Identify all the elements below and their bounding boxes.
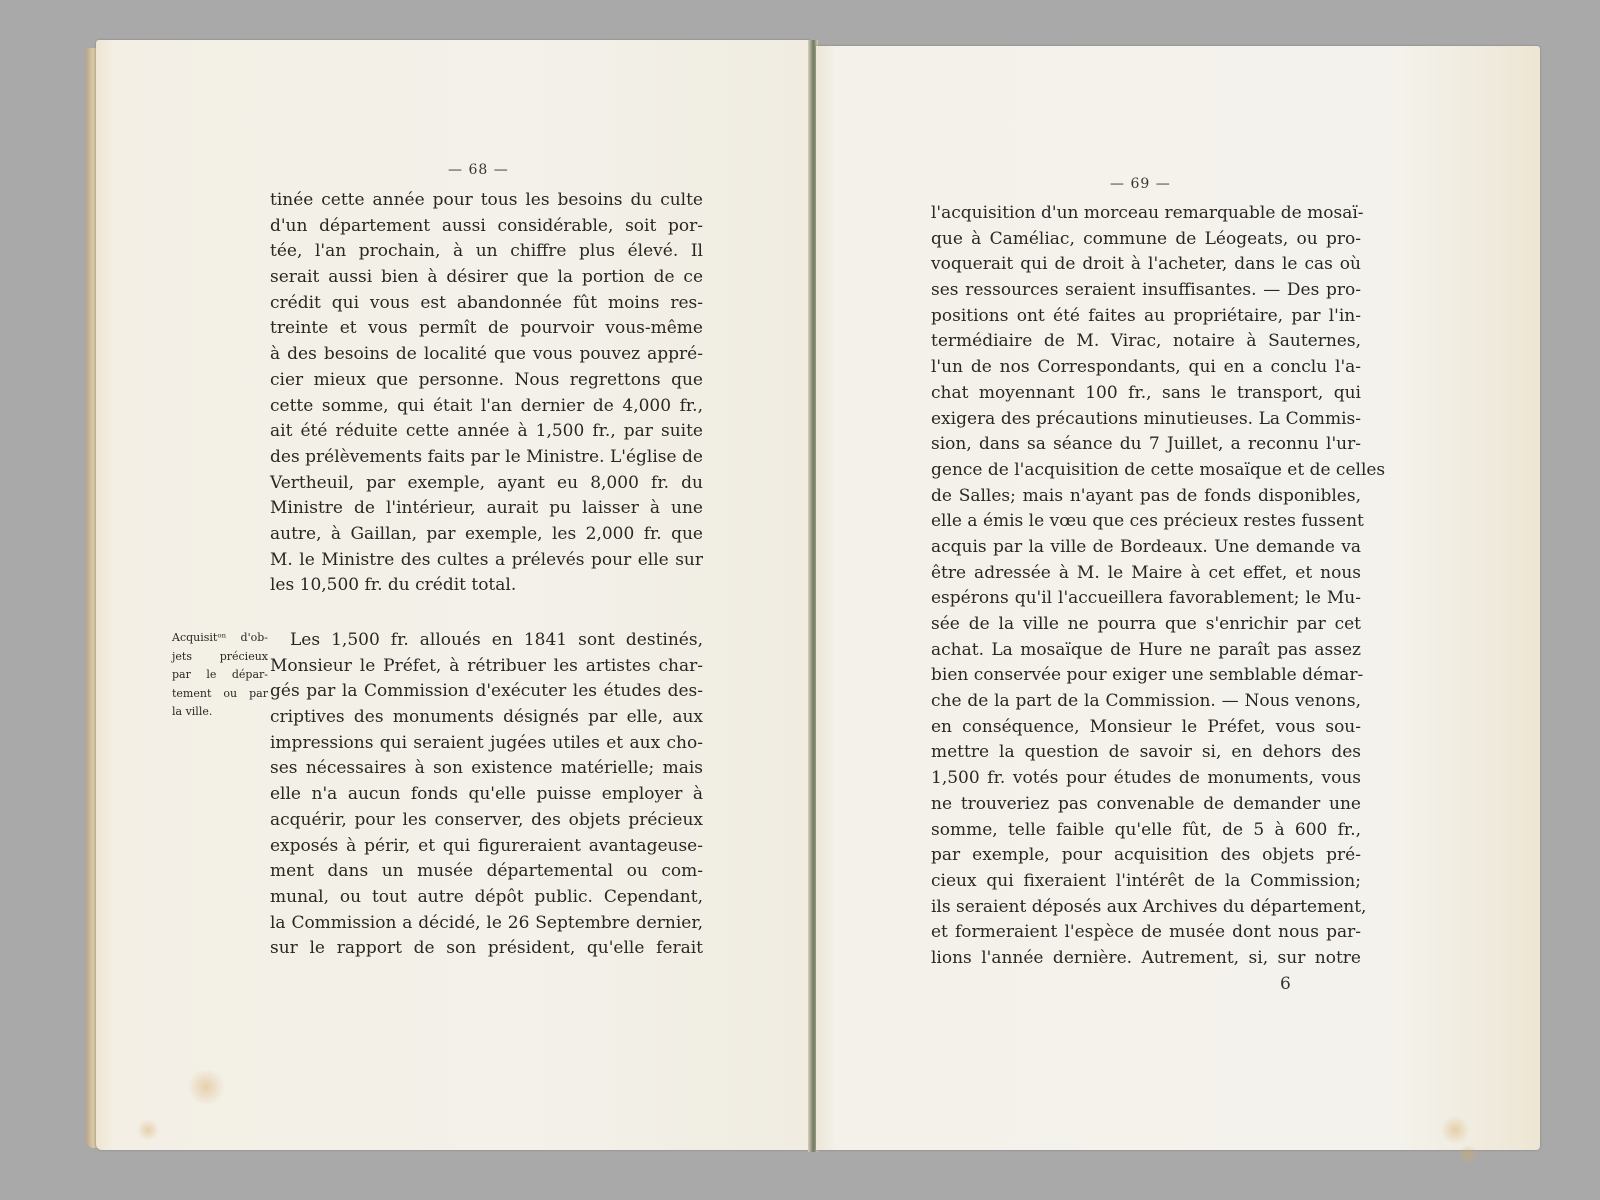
book-scan: — 68 — tinée cette année pour tous les b… [0, 0, 1600, 1200]
text-line: sur le rapport de son président, qu'elle… [270, 936, 703, 962]
text-line: la Commission a décidé, le 26 Septembre … [270, 911, 703, 937]
right-page-text: l'acquisition d'un morceau remarquable d… [931, 201, 1361, 972]
foxing-stain [1456, 1146, 1480, 1164]
left-paragraph-1: tinée cette année pour tous les besoins … [270, 188, 703, 599]
foxing-stain [136, 1120, 160, 1140]
marginal-note: Acquisitᵒⁿ d'ob- jets précieux par le dé… [172, 629, 268, 722]
text-line: crédit qui vous est abandonnée fût moins… [270, 291, 703, 317]
text-line: l'un de nos Correspondants, qui en a con… [931, 355, 1361, 381]
text-line: acquérir, pour les conserver, des objets… [270, 808, 703, 834]
text-line: des prélèvements faits par le Ministre. … [270, 445, 703, 471]
text-line: les 10,500 fr. du crédit total. [270, 573, 703, 599]
text-line: achat. La mosaïque de Hure ne paraît pas… [931, 638, 1361, 664]
text-line: cieux qui fixeraient l'intérêt de la Com… [931, 869, 1361, 895]
text-line: ait été réduite cette année à 1,500 fr.,… [270, 419, 703, 445]
marginal-note-line: la ville. [172, 703, 268, 722]
marginal-note-line: par le dépar- [172, 666, 268, 685]
text-line: en conséquence, Monsieur le Préfet, vous… [931, 715, 1361, 741]
text-line: impressions qui seraient jugées utiles e… [270, 731, 703, 757]
text-line: Les 1,500 fr. alloués en 1841 sont desti… [270, 628, 703, 654]
foxing-stain [1440, 1116, 1470, 1144]
text-line: Vertheuil, par exemple, ayant eu 8,000 f… [270, 471, 703, 497]
text-line: somme, telle faible qu'elle fût, de 5 à … [931, 818, 1361, 844]
text-line: M. le Ministre des cultes a prélevés pou… [270, 548, 703, 574]
text-line: par exemple, pour acquisition des objets… [931, 843, 1361, 869]
text-line: elle n'a aucun fonds qu'elle puisse empl… [270, 782, 703, 808]
text-line: autre, à Gaillan, par exemple, les 2,000… [270, 522, 703, 548]
marginal-note-line: tement ou par [172, 685, 268, 704]
text-line: chat moyennant 100 fr., sans le transpor… [931, 381, 1361, 407]
left-paragraph-2: Les 1,500 fr. alloués en 1841 sont desti… [270, 628, 703, 962]
text-line: à des besoins de localité que vous pouve… [270, 342, 703, 368]
text-line: tée, l'an prochain, à un chiffre plus él… [270, 239, 703, 265]
text-line: munal, ou tout autre dépôt public. Cepen… [270, 885, 703, 911]
text-line: sion, dans sa séance du 7 Juillet, a rec… [931, 432, 1361, 458]
foxing-stain [186, 1070, 226, 1104]
text-line: lions l'année dernière. Autrement, si, s… [931, 946, 1361, 972]
text-line: criptives des monuments désignés par ell… [270, 705, 703, 731]
text-line: exigera des précautions minutieuses. La … [931, 407, 1361, 433]
text-line: exposés à périr, et qui figureraient ava… [270, 834, 703, 860]
text-line: de Salles; mais n'ayant pas de fonds dis… [931, 484, 1361, 510]
text-line: che de la part de la Commission. — Nous … [931, 689, 1361, 715]
text-line: gés par la Commission d'exécuter les étu… [270, 679, 703, 705]
text-line: Ministre de l'intérieur, aurait pu laiss… [270, 496, 703, 522]
text-line: cette somme, qui était l'an dernier de 4… [270, 394, 703, 420]
text-line: ils seraient déposés aux Archives du dép… [931, 895, 1361, 921]
text-line: que à Caméliac, commune de Léogeats, ou … [931, 227, 1361, 253]
text-line: mettre la question de savoir si, en deho… [931, 740, 1361, 766]
text-line: sée de la ville ne pourra que s'enrichir… [931, 612, 1361, 638]
text-line: tinée cette année pour tous les besoins … [270, 188, 703, 214]
page-number-69: — 69 — [1110, 176, 1171, 192]
marginal-note-line: jets précieux [172, 648, 268, 667]
text-line: et formeraient l'espèce de musée dont no… [931, 920, 1361, 946]
text-line: ment dans un musée départemental ou com- [270, 859, 703, 885]
text-line: d'un département aussi considérable, soi… [270, 214, 703, 240]
text-line: serait aussi bien à désirer que la porti… [270, 265, 703, 291]
text-line: 1,500 fr. votés pour études de monuments… [931, 766, 1361, 792]
text-line: elle a émis le vœu que ces précieux rest… [931, 509, 1361, 535]
text-line: bien conservée pour exiger une semblable… [931, 663, 1361, 689]
text-line: voquerait qui de droit à l'acheter, dans… [931, 252, 1361, 278]
text-line: treinte et vous permît de pourvoir vous-… [270, 316, 703, 342]
text-line: termédiaire de M. Virac, notaire à Saute… [931, 329, 1361, 355]
text-line: gence de l'acquisition de cette mosaïque… [931, 458, 1361, 484]
text-line: positions ont été faites au propriétaire… [931, 304, 1361, 330]
text-line: ses ressources seraient insuffisantes. —… [931, 278, 1361, 304]
signature-mark: 6 [1280, 974, 1291, 994]
page-number-68: — 68 — [448, 162, 509, 178]
text-line: cier mieux que personne. Nous regrettons… [270, 368, 703, 394]
text-line: ne trouveriez pas convenable de demander… [931, 792, 1361, 818]
text-line: être adressée à M. le Maire à cet effet,… [931, 561, 1361, 587]
text-line: ses nécessaires à son existence matériel… [270, 756, 703, 782]
marginal-note-line: Acquisitᵒⁿ d'ob- [172, 629, 268, 648]
text-line: espérons qu'il l'accueillera favorableme… [931, 586, 1361, 612]
text-line: Monsieur le Préfet, à rétribuer les arti… [270, 654, 703, 680]
text-line: l'acquisition d'un morceau remarquable d… [931, 201, 1361, 227]
text-line: acquis par la ville de Bordeaux. Une dem… [931, 535, 1361, 561]
